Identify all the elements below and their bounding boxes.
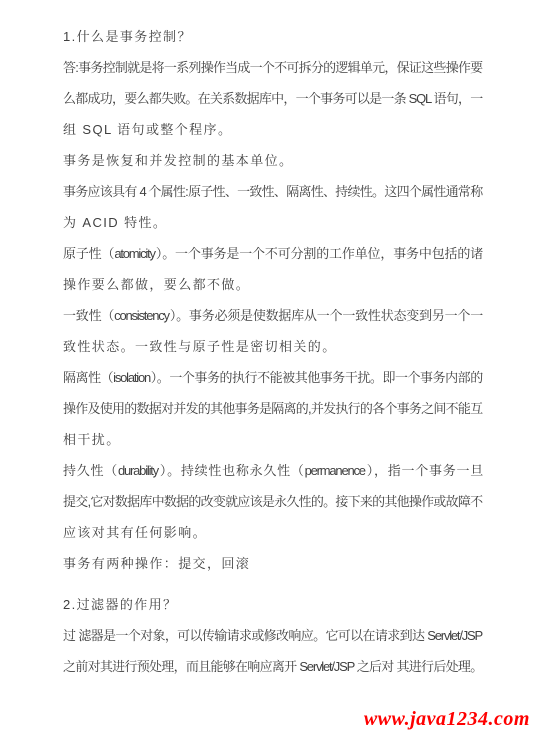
text-line: 操作要么都做，要么都不做。 xyxy=(63,269,482,300)
text-line: 事务有两种操作：提交，回滚 xyxy=(63,548,482,579)
text-line: 组 SQL 语句或整个程序。 xyxy=(63,114,482,145)
question-line: 1.什么是事务控制？ xyxy=(63,21,482,52)
document-text: 1.什么是事务控制？答:事务控制就是将一系列操作当成一个不可拆分的逻辑单元，保证… xyxy=(0,0,545,682)
text-line: 操作及使用的数据对并发的其他事务是隔离的,并发执行的各个事务之间不能互 xyxy=(63,393,482,424)
text-line: 一致性（consistency）。事务必须是使数据库从一个一致性状态变到另一个一 xyxy=(63,300,482,331)
text-line: 应该对其有任何影响。 xyxy=(63,517,482,548)
text-line: 持久性（durability）。持续性也称永久性（permanence），指一个… xyxy=(63,455,482,486)
text-line: 为 ACID 特性。 xyxy=(63,207,482,238)
text-line: 原子性（atomicity）。一个事务是一个不可分割的工作单位，事务中包括的诸 xyxy=(63,238,482,269)
text-line: 事务是恢复和并发控制的基本单位。 xyxy=(63,145,482,176)
document-page: 1.什么是事务控制？答:事务控制就是将一系列操作当成一个不可拆分的逻辑单元，保证… xyxy=(0,0,545,744)
text-line: 事务应该具有 4 个属性:原子性、一致性、隔离性、持续性。这四个属性通常称 xyxy=(63,176,482,207)
text-line: 过 滤器是一个对象，可以传输请求或修改响应。它可以在请求到达 Servlet/J… xyxy=(63,620,482,651)
text-line: 致性状态。一致性与原子性是密切相关的。 xyxy=(63,331,482,362)
text-line: 提交,它对数据库中数据的改变就应该是永久性的。接下来的其他操作或故障不 xyxy=(63,486,482,517)
text-line: 么都成功，要么都失败。在关系数据库中，一个事务可以是一条 SQL 语句，一 xyxy=(63,83,482,114)
text-line: 之前对其进行预处理，而且能够在响应离开 Servlet/JSP 之后对 其进行后… xyxy=(63,651,482,682)
question-line: 2.过滤器的作用？ xyxy=(63,589,482,620)
text-line: 相干扰。 xyxy=(63,424,482,455)
text-line: 答:事务控制就是将一系列操作当成一个不可拆分的逻辑单元，保证这些操作要 xyxy=(63,52,482,83)
text-line: 隔离性（isolation）。一个事务的执行不能被其他事务干扰。即一个事务内部的 xyxy=(63,362,482,393)
watermark-text: www.java1234.com xyxy=(364,708,530,731)
